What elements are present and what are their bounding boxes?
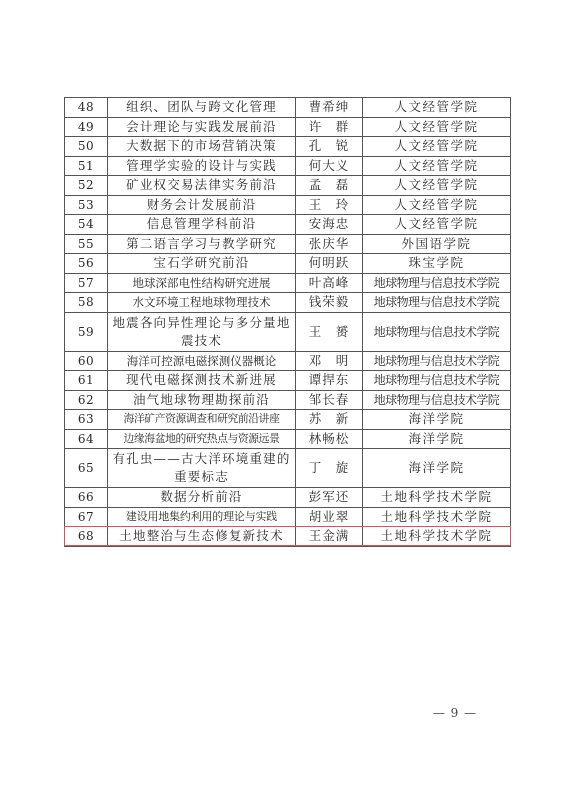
course-title: 土地整治与生态修复新技术	[108, 527, 296, 547]
course-title: 水文环境工程地球物理技术	[108, 293, 296, 313]
teacher-name: 何明跃	[296, 254, 363, 274]
row-number: 52	[65, 176, 108, 196]
course-title: 边缘海盆地的研究热点与资源远景	[108, 429, 296, 449]
table-row: 62 油气地球物理勘探前沿 邹长春 地球物理与信息技术学院	[65, 390, 511, 410]
college-name: 外国语学院	[363, 234, 511, 254]
course-title: 组织、团队与跨文化管理	[108, 98, 296, 118]
course-title: 建设用地集约利用的理论与实践	[108, 507, 296, 527]
course-title: 矿业权交易法律实务前沿	[108, 176, 296, 196]
course-title: 会计理论与实践发展前沿	[108, 117, 296, 137]
college-name: 海洋学院	[363, 449, 511, 488]
table-row: 56 宝石学研究前沿 何明跃 珠宝学院	[65, 254, 511, 274]
college-name: 海洋学院	[363, 410, 511, 430]
teacher-name: 曹希绅	[296, 98, 363, 118]
document-page: 48 组织、团队与跨文化管理 曹希绅 人文经管学院 49 会计理论与实践发展前沿…	[0, 0, 565, 800]
table-row: 58 水文环境工程地球物理技术 钱荣毅 地球物理与信息技术学院	[65, 293, 511, 313]
table-row: 63 海洋矿产资源调查和研究前沿讲座 苏 新 海洋学院	[65, 410, 511, 430]
teacher-name: 邓 明	[296, 351, 363, 371]
course-title: 有孔虫——古大洋环境重建的重要标志	[108, 449, 296, 488]
college-name: 土地科学技术学院	[363, 488, 511, 508]
college-name: 人文经管学院	[363, 215, 511, 235]
row-number: 62	[65, 390, 108, 410]
teacher-name: 苏 新	[296, 410, 363, 430]
row-number: 66	[65, 488, 108, 508]
row-number: 65	[65, 449, 108, 488]
course-title: 海洋可控源电磁探测仪器概论	[108, 351, 296, 371]
college-name: 地球物理与信息技术学院	[363, 312, 511, 351]
table-row: 57 地球深部电性结构研究进展 叶高峰 地球物理与信息技术学院	[65, 273, 511, 293]
course-title: 管理学实验的设计与实践	[108, 156, 296, 176]
course-title: 地震各向异性理论与多分量地震技术	[108, 312, 296, 351]
row-number: 67	[65, 507, 108, 527]
course-title: 第二语言学习与教学研究	[108, 234, 296, 254]
college-name: 人文经管学院	[363, 195, 511, 215]
course-title: 大数据下的市场营销决策	[108, 137, 296, 157]
course-title: 信息管理学科前沿	[108, 215, 296, 235]
teacher-name: 张庆华	[296, 234, 363, 254]
row-number: 60	[65, 351, 108, 371]
row-number: 64	[65, 429, 108, 449]
college-name: 地球物理与信息技术学院	[363, 371, 511, 391]
row-number: 63	[65, 410, 108, 430]
college-name: 珠宝学院	[363, 254, 511, 274]
table-row: 53 财务会计发展前沿 王 玲 人文经管学院	[65, 195, 511, 215]
row-number: 54	[65, 215, 108, 235]
row-number: 48	[65, 98, 108, 118]
teacher-name: 王 玲	[296, 195, 363, 215]
course-title: 数据分析前沿	[108, 488, 296, 508]
table-row: 52 矿业权交易法律实务前沿 孟 磊 人文经管学院	[65, 176, 511, 196]
course-title: 油气地球物理勘探前沿	[108, 390, 296, 410]
teacher-name: 钱荣毅	[296, 293, 363, 313]
college-name: 土地科学技术学院	[363, 527, 511, 547]
teacher-name: 叶高峰	[296, 273, 363, 293]
course-title: 宝石学研究前沿	[108, 254, 296, 274]
college-name: 地球物理与信息技术学院	[363, 390, 511, 410]
teacher-name: 何大义	[296, 156, 363, 176]
table-row: 55 第二语言学习与教学研究 张庆华 外国语学院	[65, 234, 511, 254]
teacher-name: 安海忠	[296, 215, 363, 235]
college-name: 土地科学技术学院	[363, 507, 511, 527]
course-title: 现代电磁探测技术新进展	[108, 371, 296, 391]
row-number: 58	[65, 293, 108, 313]
teacher-name: 丁 旋	[296, 449, 363, 488]
row-number: 68	[65, 527, 108, 547]
table-row: 51 管理学实验的设计与实践 何大义 人文经管学院	[65, 156, 511, 176]
table-row: 49 会计理论与实践发展前沿 许 群 人文经管学院	[65, 117, 511, 137]
college-name: 地球物理与信息技术学院	[363, 351, 511, 371]
row-number: 55	[65, 234, 108, 254]
row-number: 57	[65, 273, 108, 293]
row-number: 50	[65, 137, 108, 157]
row-number: 56	[65, 254, 108, 274]
college-name: 人文经管学院	[363, 137, 511, 157]
table-row: 66 数据分析前沿 彭军还 土地科学技术学院	[65, 488, 511, 508]
teacher-name: 林畅松	[296, 429, 363, 449]
college-name: 人文经管学院	[363, 117, 511, 137]
table-row: 61 现代电磁探测技术新进展 谭捍东 地球物理与信息技术学院	[65, 371, 511, 391]
highlighted-table-row: 68 土地整治与生态修复新技术 王金满 土地科学技术学院	[65, 527, 511, 547]
table-row: 67 建设用地集约利用的理论与实践 胡业翠 土地科学技术学院	[65, 507, 511, 527]
college-name: 地球物理与信息技术学院	[363, 293, 511, 313]
college-name: 人文经管学院	[363, 156, 511, 176]
course-title: 地球深部电性结构研究进展	[108, 273, 296, 293]
table-row: 50 大数据下的市场营销决策 孔 锐 人文经管学院	[65, 137, 511, 157]
page-number: — 9 —	[430, 706, 480, 720]
table-row: 65 有孔虫——古大洋环境重建的重要标志 丁 旋 海洋学院	[65, 449, 511, 488]
teacher-name: 王金满	[296, 527, 363, 547]
teacher-name: 邹长春	[296, 390, 363, 410]
table-row: 64 边缘海盆地的研究热点与资源远景 林畅松 海洋学院	[65, 429, 511, 449]
course-table: 48 组织、团队与跨文化管理 曹希绅 人文经管学院 49 会计理论与实践发展前沿…	[64, 97, 511, 547]
teacher-name: 王 赟	[296, 312, 363, 351]
teacher-name: 孔 锐	[296, 137, 363, 157]
row-number: 59	[65, 312, 108, 351]
table-row: 54 信息管理学科前沿 安海忠 人文经管学院	[65, 215, 511, 235]
course-title: 海洋矿产资源调查和研究前沿讲座	[108, 410, 296, 430]
teacher-name: 许 群	[296, 117, 363, 137]
row-number: 51	[65, 156, 108, 176]
table-row: 59 地震各向异性理论与多分量地震技术 王 赟 地球物理与信息技术学院	[65, 312, 511, 351]
teacher-name: 孟 磊	[296, 176, 363, 196]
row-number: 53	[65, 195, 108, 215]
teacher-name: 胡业翠	[296, 507, 363, 527]
college-name: 人文经管学院	[363, 176, 511, 196]
teacher-name: 彭军还	[296, 488, 363, 508]
course-title: 财务会计发展前沿	[108, 195, 296, 215]
table-row: 48 组织、团队与跨文化管理 曹希绅 人文经管学院	[65, 98, 511, 118]
table-row: 60 海洋可控源电磁探测仪器概论 邓 明 地球物理与信息技术学院	[65, 351, 511, 371]
teacher-name: 谭捍东	[296, 371, 363, 391]
row-number: 49	[65, 117, 108, 137]
college-name: 地球物理与信息技术学院	[363, 273, 511, 293]
college-name: 人文经管学院	[363, 98, 511, 118]
college-name: 海洋学院	[363, 429, 511, 449]
row-number: 61	[65, 371, 108, 391]
